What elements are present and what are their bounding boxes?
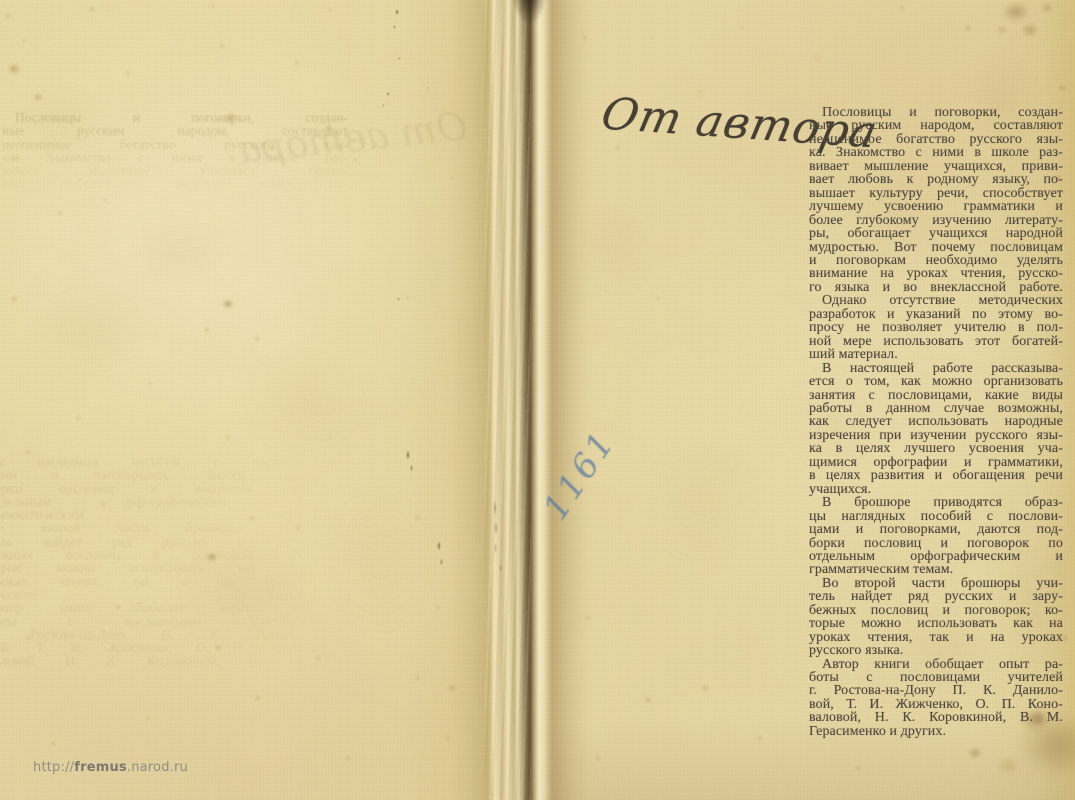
text-line: урокахчтения,такинауроках bbox=[809, 631, 1063, 644]
text-line: разработокиуказанийпоэтомуво- bbox=[809, 308, 1063, 321]
text-line: торыеможноиспользоватькакна bbox=[809, 617, 1063, 630]
text-line: русского языка. bbox=[809, 644, 1063, 657]
text-line: вышаеткультуруречи,способствует bbox=[809, 187, 1063, 200]
text-line: Авторкнигиобобщаетопытра- bbox=[809, 658, 1063, 671]
text-line: мудростью.Вотпочемупословицам bbox=[809, 241, 1063, 254]
text-line: г.Ростова-на-ДонуП.К.Данило- bbox=[809, 684, 1063, 697]
text-line: Вброшюреприводятсяобраз- bbox=[809, 496, 1063, 509]
text-line: просунепозволяетучителювпол- bbox=[809, 321, 1063, 334]
text-line: боркипословиципоговорокпо bbox=[809, 537, 1063, 550]
text-line: ка.Знакомствоснимившколераз- bbox=[809, 146, 1063, 159]
text-line: тельнайдетрядрусскихизару- bbox=[809, 590, 1063, 603]
text-line: занятияспословицами,какиевиды bbox=[809, 389, 1063, 402]
text-line: Пословицыипоговорки,создан- bbox=[809, 106, 1063, 119]
text-line: ший материал. bbox=[809, 348, 1063, 361]
text-line: ноймереиспользоватьэтотбогатей- bbox=[809, 335, 1063, 348]
stain-spot bbox=[499, 564, 502, 572]
text-line: лучшемуусвоениюграмматикии bbox=[809, 200, 1063, 213]
watermark-prefix: http:// bbox=[33, 760, 74, 775]
text-line: изреченияприизучениирусскогоязы- bbox=[809, 429, 1063, 442]
text-line: ныерусскимнародом,составляют bbox=[809, 119, 1063, 132]
text-line: работывданномслучаевозможны, bbox=[809, 402, 1063, 415]
text-line: бежныхпословиципоговорок;ко- bbox=[809, 604, 1063, 617]
body-text-column: Пословицыипоговорки,создан-ныерусскимнар… bbox=[809, 106, 1063, 738]
stain-spot bbox=[493, 500, 497, 516]
text-line: отдельныморфографическими bbox=[809, 550, 1063, 563]
text-line: ры,обогащаетучащихсянародной bbox=[809, 227, 1063, 240]
text-line: Герасименко и других. bbox=[809, 725, 1063, 738]
text-line: Вовторойчастиброшюрыучи- bbox=[809, 577, 1063, 590]
text-line: ботыспословицамиучителей bbox=[809, 671, 1063, 684]
text-line: какследуетиспользоватьнародные bbox=[809, 415, 1063, 428]
watermark-url: http://fremus.narod.ru bbox=[33, 760, 188, 775]
text-line: ваетлюбовькродномуязыку,по- bbox=[809, 173, 1063, 186]
left-page bbox=[0, 0, 492, 800]
stain-spot bbox=[494, 542, 497, 554]
watermark-suffix: .narod.ru bbox=[127, 760, 188, 775]
text-line: вцеляхразвитияиобогащенияречи bbox=[809, 469, 1063, 482]
text-line: Однакоотсутствиеметодических bbox=[809, 294, 1063, 307]
text-line: етсяотом,какможноорганизовать bbox=[809, 375, 1063, 388]
watermark-site: fremus bbox=[74, 760, 127, 775]
text-line: ипоговоркамнеобходимоуделять bbox=[809, 254, 1063, 267]
text-line: грамматическим темам. bbox=[809, 563, 1063, 576]
text-line: цамиипоговорками,даютсяпод- bbox=[809, 523, 1063, 536]
text-line: вниманиенаурокахчтения,русско- bbox=[809, 267, 1063, 280]
book-scan: Пословицыипоговорки,создан-ныерусскимнар… bbox=[0, 0, 1075, 800]
text-line: валовой,Н.К.Коровкиной,В.М. bbox=[809, 711, 1063, 724]
text-line: кавцеляхлучшегоусвоенияуча- bbox=[809, 442, 1063, 455]
stain-spot bbox=[494, 521, 497, 535]
text-line: неоценимоебогатстворусскогоязы- bbox=[809, 133, 1063, 146]
text-line: Внастоящейработерассказыва- bbox=[809, 362, 1063, 375]
text-line: гоязыкаивовнекласснойработе. bbox=[809, 281, 1063, 294]
text-line: вой,Т.И.Жижченко,О.П.Коно- bbox=[809, 698, 1063, 711]
text-line: цынаглядныхпособийспослови- bbox=[809, 510, 1063, 523]
